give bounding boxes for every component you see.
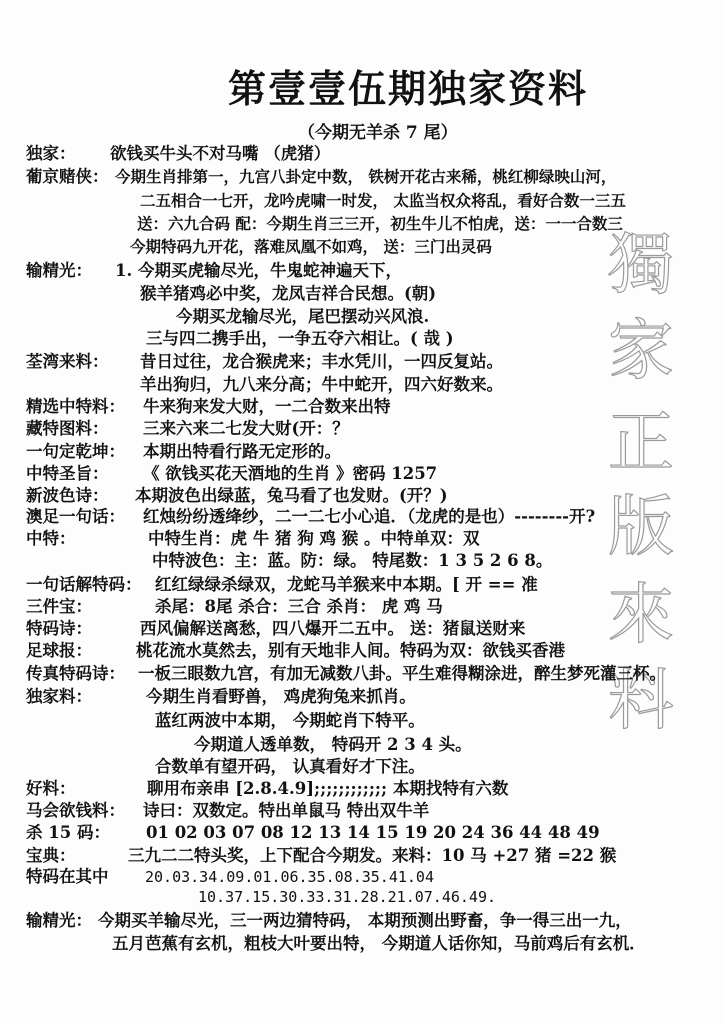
section-line: 诗曰：双数定。特出单鼠马 特出双牛羊 — [143, 800, 429, 822]
section-label: 传真特码诗： — [26, 663, 125, 685]
watermark-char: 正 — [608, 410, 674, 476]
section-line: 三九二二特头奖，上下配合今期发。来料：10 马 +27 猪 =22 猴 — [128, 845, 616, 867]
section-line: 羊出狗归，九八来分高；牛中蛇开，四六好数来。 — [140, 374, 503, 396]
watermark-char: 家 — [608, 318, 674, 384]
section-line: 送：六九合码 配：今期生肖三三开，初生牛儿不怕虎，送：一一合数三 — [137, 213, 623, 235]
section-label: 杀 15 码： — [26, 822, 110, 844]
section-line: 昔日过往，龙合猴虎来；丰水凭川，一四反复站。 — [140, 351, 503, 373]
section-line: 今期特码九开花，落难凤凰不如鸡， 送：三门出灵码 — [130, 236, 492, 258]
section-line: 杀尾：8尾 杀合：三合 杀肖： 虎 鸡 马 — [155, 596, 443, 618]
section-line: 中特生肖：虎 牛 猪 狗 鸡 猴 。中特单双：双 — [148, 528, 479, 550]
section-line: 今期生肖排第一，九宫八卦定中数， 铁树开花古来稀，桃红柳绿映山河， — [115, 166, 616, 188]
section-label: 输精光： — [26, 260, 92, 282]
section-label: 一句话解特码： — [26, 574, 142, 596]
section-line: 西风偏解送离愁，四八爆开二五中。 送：猪鼠送财来 — [140, 618, 525, 640]
section-line: 蓝红两波中本期， 今期蛇肖下特平。 — [155, 710, 425, 732]
section-label: 特码在其中 — [26, 866, 109, 888]
section-line: 五月芭蕉有玄机，粗枝大叶要出特， 今期道人话你知，马前鸡后有玄机． — [112, 933, 646, 955]
section-line: 今期买羊输尽光，三一两边猜特码， 本期预测出野畜，争一得三出一九， — [98, 910, 632, 932]
section-label: 藏特图料： — [26, 418, 109, 440]
section-line: 合数单有望开码， 认真看好才下注。 — [155, 756, 425, 778]
section-line: 桃花流水莫然去，别有天地非人间。特码为双：欲钱买香港 — [136, 640, 565, 662]
section-label: 精选中特料： — [26, 396, 125, 418]
section-label: 独家： — [26, 143, 76, 165]
section-line: 中特波色：主：蓝。防：绿。 特尾数：1 3 5 2 6 8。 — [152, 550, 552, 572]
section-label: 澳足一句话： — [26, 506, 125, 528]
section-line: 猴羊猪鸡必中奖，龙凤吉祥合民想。(朝) — [140, 283, 436, 305]
watermark-char: 來 — [608, 582, 674, 648]
page-title: 第壹壹伍期独家资料 — [228, 58, 588, 113]
section-label: 葡京赌侠： — [26, 166, 109, 188]
section-line: 三来六来二七发大财(开：？ — [143, 418, 349, 440]
section-line: 今期道人透单数， 特码开 2 3 4 头。 — [194, 734, 472, 756]
section-label: 中特： — [26, 528, 76, 550]
section-label: 独家料： — [26, 686, 92, 708]
section-label: 马会欲钱料： — [26, 800, 125, 822]
document-page: 第壹壹伍期独家资料 （今期无羊杀 7 尾） 獨 家 正 版 來 料 独家： 欲钱… — [0, 0, 723, 1024]
section-line: 《 欲钱买花天酒地的生肖 》密码 1257 — [143, 463, 437, 485]
section-line: 本期出特看行路无定形的。 — [143, 441, 341, 463]
section-line: 二五相合一七开，龙吟虎啸一时发， 太监当权众将乱，看好合数一三五 — [140, 190, 626, 212]
section-line: 牛来狗来发大财，一二合数来出特 — [143, 396, 391, 418]
section-line: 1. 今期买虎输尽光，牛鬼蛇神遍天下， — [115, 260, 402, 282]
kill-numbers: 01 02 03 07 08 12 13 14 15 19 20 24 36 4… — [146, 822, 600, 844]
section-label: 输精光： — [26, 910, 92, 932]
number-list: 20.03.34.09.01.06.35.08.35.41.04 — [145, 866, 434, 888]
section-label: 特码诗： — [26, 618, 92, 640]
page-subtitle: （今期无羊杀 7 尾） — [298, 118, 458, 143]
section-line: 聊用布亲串 [2.8.4.9];;;;;;;;;;;; 本期找特有六数 — [147, 778, 508, 800]
section-line: 本期波色出绿蓝，兔马看了也发财。(开？) — [135, 485, 448, 507]
section-label: 三件宝： — [26, 596, 92, 618]
section-line: 欲钱买牛头不对马嘴 （虎猪） — [110, 143, 330, 165]
section-line: 红红绿绿杀绿双，龙蛇马羊猴来中本期。[ 开 == 准 — [155, 574, 538, 596]
section-line: 今期生肖看野兽， 鸡虎狗兔来抓肖。 — [146, 686, 416, 708]
number-list: 10.37.15.30.33.31.28.21.07.46.49. — [198, 886, 496, 908]
section-line: 一板三眼数九宫，有加无减数八卦。平生难得糊涂进，醉生梦死灌三杯。 — [138, 663, 666, 685]
section-line: 三与四二携手出，一争五夺六相让。( 哉 ) — [146, 328, 454, 350]
section-label: 足球报： — [26, 640, 92, 662]
watermark-char: 獨 — [608, 232, 674, 298]
section-label: 宝典： — [26, 845, 76, 867]
section-label: 好料： — [26, 778, 76, 800]
section-line: 红烛纷纷透绛纱，二一二七小心追．（龙虎的是也）--------开? — [143, 506, 595, 528]
section-line: 今期买龙输尽光，尾巴摆动兴风浪. — [176, 306, 429, 328]
section-label: 新波色诗： — [26, 485, 109, 507]
section-label: 荃湾来料： — [26, 351, 109, 373]
section-label: 中特圣旨： — [26, 463, 109, 485]
section-label: 一句定乾坤： — [26, 441, 125, 463]
watermark-char: 版 — [608, 494, 674, 560]
